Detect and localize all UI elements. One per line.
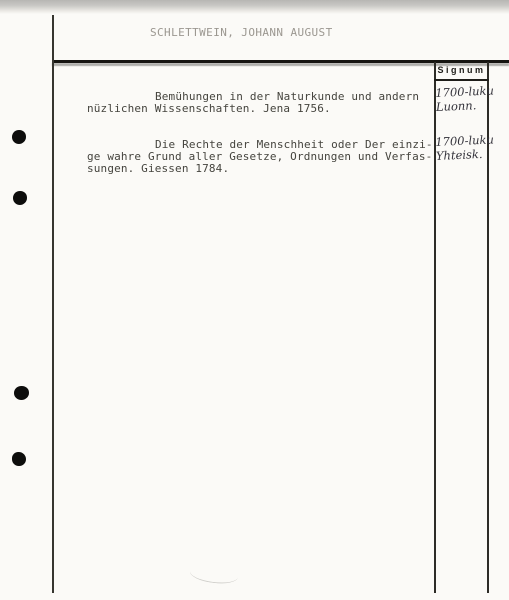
card-heading-author: SCHLETTWEIN, JOHANN AUGUST — [150, 26, 333, 39]
handwritten-signum-note: 1700-luku Yhteisk. — [435, 132, 506, 163]
catalog-entry: Die Rechte der Menschheit oder Der einzi… — [87, 139, 433, 175]
scan-artifact — [189, 563, 239, 586]
entry-line: sungen. Giessen 1784. — [87, 163, 433, 175]
left-margin-rule — [52, 15, 54, 593]
hole-punch — [12, 452, 26, 466]
signum-header-underline — [434, 79, 489, 81]
hole-punch — [13, 191, 27, 205]
hole-punch — [12, 130, 26, 144]
handwritten-signum-note: 1700-luku Luonn. — [435, 83, 506, 114]
catalog-entry: Bemühungen in der Naturkunde und andern … — [87, 91, 419, 115]
top-horizontal-rule — [52, 60, 509, 63]
signum-note-line: Yhteisk. — [436, 146, 507, 163]
signum-column-header: Signum — [435, 65, 488, 75]
scan-edge-shadow — [0, 0, 509, 14]
signum-note-line: Luonn. — [436, 97, 507, 114]
hole-punch — [14, 386, 29, 400]
library-catalog-card-scan: SCHLETTWEIN, JOHANN AUGUST Signum Bemühu… — [0, 0, 509, 600]
entry-line: nüzlichen Wissenschaften. Jena 1756. — [87, 103, 419, 115]
